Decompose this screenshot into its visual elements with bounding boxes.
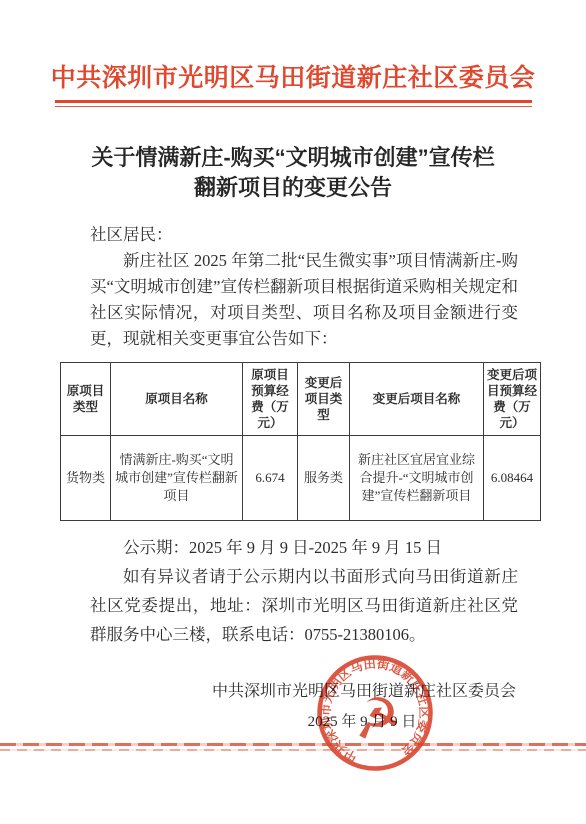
cell-new-project-budget: 6.08464 (484, 436, 541, 521)
header-new-project-budget: 变更后项目预算经费（万元） (484, 363, 541, 436)
header-new-project-type: 变更后项目类型 (298, 363, 350, 436)
cell-new-project-name: 新庄社区宜居宜业综合提升-“文明城市创建”宣传栏翻新项目 (350, 436, 484, 521)
footer-rule-thick (0, 743, 586, 746)
header-old-project-type: 原项目类型 (61, 363, 111, 436)
cell-old-project-budget: 6.674 (243, 436, 298, 521)
project-change-table: 原项目类型 原项目名称 原项目预算经费（万元） 变更后项目类型 变更后项目名称 … (60, 362, 541, 521)
notice-title-line2: 翻新项目的变更公告 (0, 173, 586, 203)
header-old-project-name: 原项目名称 (111, 363, 243, 436)
salutation: 社区居民： (90, 222, 518, 248)
notice-title-line1: 关于情满新庄-购买“文明城市创建”宣传栏 (0, 143, 586, 173)
footer-rule-thin (0, 749, 586, 751)
cell-old-project-type: 货物类 (61, 436, 111, 521)
notice-body-closing: 公示期：2025 年 9 月 9 日-2025 年 9 月 15 日 如有异议者… (90, 533, 518, 649)
official-seal: 中共深圳市光明区马田街道新庄社区委员会 ☭ (304, 642, 446, 784)
table-header-row: 原项目类型 原项目名称 原项目预算经费（万元） 变更后项目类型 变更后项目名称 … (61, 363, 541, 436)
header-old-project-budget: 原项目预算经费（万元） (243, 363, 298, 436)
objection-paragraph: 如有异议者请于公示期内以书面形式向马田街道新庄社区党委提出，地址：深圳市光明区马… (90, 562, 518, 649)
document-page: 中共深圳市光明区马田街道新庄社区委员会 关于情满新庄-购买“文明城市创建”宣传栏… (0, 0, 586, 824)
letterhead-org-name: 中共深圳市光明区马田街道新庄社区委员会 (0, 58, 586, 94)
header-new-project-name: 变更后项目名称 (350, 363, 484, 436)
notice-body-intro: 社区居民： 新庄社区 2025 年第二批“民生微实事”项目情满新庄-购买“文明城… (90, 222, 518, 352)
letterhead-rule-thin (55, 106, 532, 108)
notice-title: 关于情满新庄-购买“文明城市创建”宣传栏 翻新项目的变更公告 (0, 143, 586, 203)
cell-old-project-name: 情满新庄-购买“文明城市创建”宣传栏翻新项目 (111, 436, 243, 521)
intro-paragraph: 新庄社区 2025 年第二批“民生微实事”项目情满新庄-购买“文明城市创建”宣传… (90, 248, 518, 352)
letterhead-rule-thick (55, 100, 532, 103)
table-row: 货物类 情满新庄-购买“文明城市创建”宣传栏翻新项目 6.674 服务类 新庄社… (61, 436, 541, 521)
cell-new-project-type: 服务类 (298, 436, 350, 521)
publicity-period: 公示期：2025 年 9 月 9 日-2025 年 9 月 15 日 (90, 533, 518, 562)
